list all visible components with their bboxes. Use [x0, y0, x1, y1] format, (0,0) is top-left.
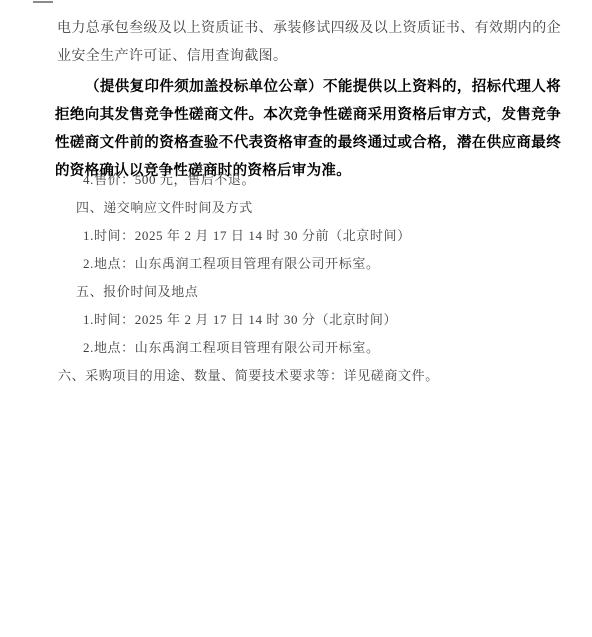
section-heading-response-submission: 四、递交响应文件时间及方式	[76, 194, 561, 222]
line-quotation-location: 2.地点：山东禹润工程项目管理有限公司开标室。	[83, 334, 561, 362]
line-submission-location: 2.地点：山东禹润工程项目管理有限公司开标室。	[83, 250, 561, 278]
line-quotation-time: 1.时间：2025 年 2 月 17 日 14 时 30 分（北京时间）	[83, 306, 561, 334]
section-heading-quotation: 五、报价时间及地点	[76, 278, 561, 306]
line-price: 4.售价：500 元，售后不退。	[83, 166, 561, 194]
document-sections: 4.售价：500 元，售后不退。 四、递交响应文件时间及方式 1.时间：2025…	[55, 166, 561, 390]
section-heading-procurement-details: 六、采购项目的用途、数量、简要技术要求等：详见磋商文件。	[58, 362, 561, 390]
page-top-artifact-line	[33, 1, 53, 3]
line-submission-time: 1.时间：2025 年 2 月 17 日 14 时 30 分前（北京时间）	[83, 222, 561, 250]
document-page: 电力总承包叁级及以上资质证书、承装修试四级及以上资质证书、有效期内的企业安全生产…	[0, 0, 592, 637]
paragraph-qualification-continuation: 电力总承包叁级及以上资质证书、承装修试四级及以上资质证书、有效期内的企业安全生产…	[57, 15, 561, 71]
